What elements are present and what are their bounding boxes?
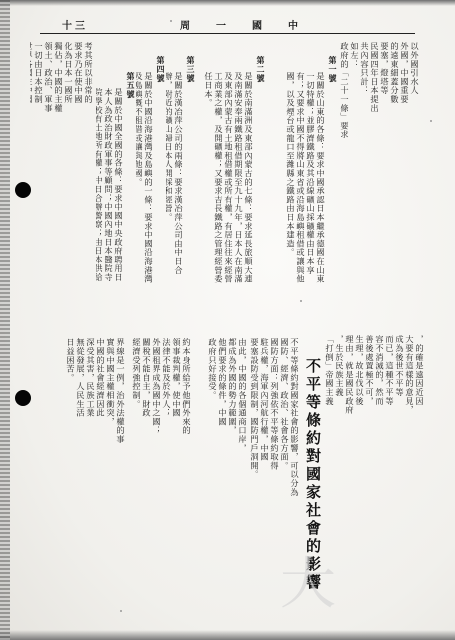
- paragraph-line: 中國的社會經濟因此: [96, 338, 106, 593]
- binding-hole-top: [15, 182, 31, 198]
- article-heading-3: 第三號: [186, 56, 197, 83]
- scan-speck: [300, 300, 302, 302]
- closing-line: 一切由日本控制: [34, 42, 44, 287]
- intro-line: 如左：: [350, 42, 360, 287]
- article-text-4: 是關於中國沿海港灣及島嶼的一條：要求中國沿海港灣及島嶼概不租借或讓與他國。: [136, 72, 154, 287]
- paragraph-line: 駐兵權，海軍內河航行權，中國: [260, 338, 270, 593]
- intro-line: 的遠東細蓋分數: [390, 42, 400, 287]
- paragraph-line: 日益困苦。: [66, 338, 76, 593]
- paragraph-line: 約本身所給予他們外來的: [182, 338, 192, 593]
- scan-speck: [430, 120, 432, 122]
- closing-line: 化為日本一國所: [64, 42, 74, 287]
- article-text-2: 是關於南滿洲及東部內蒙古的七條：要求延長旅順大連及南滿安奉兩鐵路租借期限至九十九…: [196, 72, 254, 287]
- paragraph-line: 無從發展，人民生活: [76, 338, 86, 593]
- binding-strip: [0, 0, 10, 640]
- publication-title: 中國一周: [180, 17, 324, 32]
- paragraph-line: 國防方面：列強依不平等條約取得: [270, 338, 280, 593]
- intro-line: 要塞，燈塔等: [380, 42, 390, 287]
- lower-line: 理由，就是國民政府: [345, 335, 355, 590]
- article-heading-5: 第五號: [126, 72, 137, 99]
- intro-line: 以外國引水人: [410, 42, 420, 287]
- intro-line: 政府的「二十一條」要求: [340, 42, 350, 287]
- article-text-1: 是關於山東的各條：要求中國承認日本繼承德國在山東一切特權；並膠濟鐵路及其沿線礦山…: [268, 72, 326, 287]
- paragraph-line: 關稅不能自主，財政: [142, 338, 152, 593]
- lower-line: 善後處置極不可，: [365, 335, 375, 590]
- paragraph-line: 政府只好接受。: [208, 338, 218, 593]
- article-heading-2: 第二號: [256, 56, 267, 83]
- closing-line: 要求乃在使中國: [74, 42, 84, 287]
- scanned-page: 十三 中國一周 以外國引水人 外國，中國重要 的遠東細蓋分數 要塞，燈塔等 民國…: [0, 0, 455, 640]
- paragraph-line: 領事裁判權，使中國: [172, 338, 182, 593]
- paragraph-line: 要塞設防受到限制，國防門戶洞開。: [250, 338, 260, 593]
- closing-line: 獨佔，中國的主權: [54, 42, 64, 287]
- scan-speck: [120, 610, 122, 612]
- closing-line: 世界各國在中國: [30, 42, 34, 287]
- paragraph-line: 深受其害，民族工業: [86, 338, 96, 593]
- lower-paragraph-3: 約本身所給予他們外來的 領事裁判權，使中國 法律不能及於外人； 外國租界成為國中…: [130, 338, 192, 593]
- scan-edge-bottom: [0, 630, 455, 640]
- upper-intro-block: 以外國引水人 外國，中國重要 的遠東細蓋分數 要塞，燈塔等 民國四年日本提出 共…: [340, 42, 420, 287]
- article-heading-1: 第一號: [328, 56, 339, 83]
- paragraph-line: 由此，中國的各個通商口岸，: [238, 338, 248, 593]
- scan-speck: [170, 20, 172, 22]
- upper-closing-block: 考其所以非常的 要求乃在使中國 化為日本一國所 獨佔，中國的主權 領土、政治、軍…: [30, 42, 94, 287]
- intro-line: 外國，中國重要: [400, 42, 410, 287]
- page-number: 十三: [62, 17, 88, 32]
- lower-line: 大要有這樣的意見，: [405, 335, 415, 590]
- paragraph-line: 界線是一例，治外法權的事: [116, 338, 126, 593]
- scan-edge-top: [0, 0, 455, 6]
- article-text-3: 是關於漢冶萍公司的兩條：要求漢冶萍公司由中日合辦，附近的礦山歸日本人開採和經營。: [166, 72, 184, 287]
- lower-paragraph-4: 界線是一例，治外法權的事 實與中國主權相衝突， 中國的社會經濟因此 深受其害，民…: [36, 338, 126, 593]
- paragraph-line: 外國租界成為國中之國；: [152, 338, 162, 593]
- binding-hole-bottom: [15, 390, 31, 406]
- lower-line: ，的確是遠因近因: [415, 335, 425, 590]
- intro-line: 民國四年日本提出: [370, 42, 380, 287]
- paragraph-line: 經濟受列強控制。: [132, 338, 142, 593]
- lower-line: 成為後世不平等: [395, 335, 405, 590]
- lower-paragraph-2: 由此，中國的各個通商口岸， 都成為外國的勢力範圍， 他們要求的條件，中國 政府只…: [196, 338, 248, 593]
- paragraph-line: 他們要求的條件，中國: [218, 338, 228, 593]
- article-text-5: 是關於中國全國的各條：要求中國中央政府聘用日本人為政治財政軍事等顧問；中國內地日…: [96, 88, 124, 288]
- paragraph-line: 法律不能及於外人；: [162, 338, 172, 593]
- paragraph-line: 實與中國主權相衝突，: [106, 338, 116, 593]
- paragraph-line: 都成為外國的勢力範圍，: [228, 338, 238, 593]
- lower-line: 生理，故北伐以後: [355, 335, 365, 590]
- library-watermark: 大: [280, 540, 346, 620]
- article-heading-4: 第四號: [156, 56, 167, 83]
- closing-line: 領土、政治、軍事: [44, 42, 54, 287]
- closing-line: 考其所以非常的: [84, 42, 94, 287]
- page-header: 十三 中國一周: [40, 14, 415, 32]
- lower-line: 而已，這種不平等: [385, 335, 395, 590]
- lower-line: 容不消滅的，然而: [375, 335, 385, 590]
- header-rule: [40, 33, 415, 34]
- intro-line: 共內容只計：: [360, 42, 370, 287]
